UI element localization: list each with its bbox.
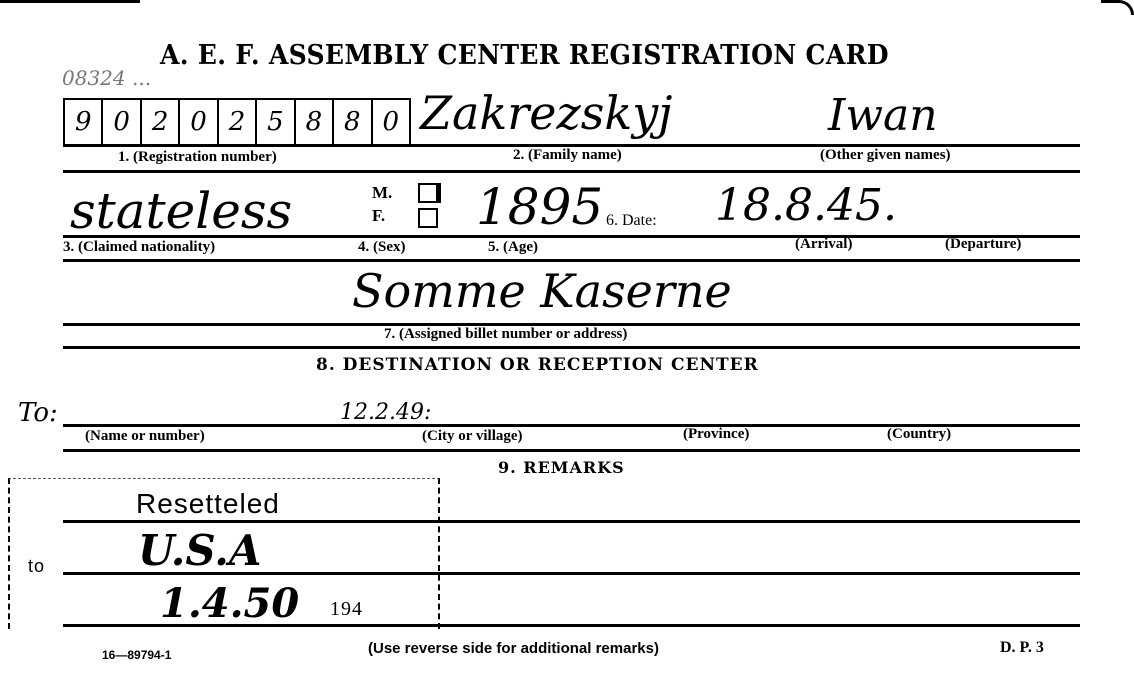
card-top-edge	[0, 0, 140, 3]
nationality-value: stateless	[70, 182, 292, 240]
reg-digit: 5	[257, 100, 295, 144]
footer-note: (Use reverse side for additional remarks…	[368, 640, 659, 657]
card-title: A. E. F. ASSEMBLY CENTER REGISTRATION CA…	[160, 40, 889, 71]
nationality-label: 3. (Claimed nationality)	[63, 239, 215, 256]
registration-number-label: 1. (Registration number)	[118, 149, 277, 166]
reg-digit: 0	[180, 100, 218, 144]
age-label: 5. (Age)	[488, 239, 538, 256]
name-or-number-label: (Name or number)	[85, 428, 205, 445]
billet-value: Somme Kaserne	[352, 264, 732, 318]
destination-bottom-rule	[63, 449, 1080, 452]
remarks-rule-2	[63, 572, 1080, 575]
stamp-date-value: 1.4.50	[160, 580, 299, 627]
handwritten-top-note: 08324 ...	[62, 66, 151, 90]
reg-digit: 0	[373, 100, 409, 144]
reg-digit: 8	[334, 100, 372, 144]
province-label: (Province)	[683, 426, 749, 443]
sex-option-f: F.	[372, 206, 385, 226]
stamp-to-prefix: to	[28, 556, 45, 577]
family-name-label: 2. (Family name)	[513, 147, 622, 164]
sex-label: 4. (Sex)	[358, 239, 406, 256]
reg-digit: 9	[65, 100, 103, 144]
sex-option-m: M.	[372, 183, 392, 203]
remarks-heading: 9. REMARKS	[498, 458, 625, 477]
destination-to-prefix: To:	[18, 398, 58, 428]
sex-m-checkbox[interactable]	[418, 183, 441, 203]
reg-digit: 2	[142, 100, 180, 144]
row1-bottom-rule	[63, 170, 1080, 173]
billet-bottom-rule	[63, 346, 1080, 349]
row2-rule	[63, 235, 1080, 238]
reg-digit: 8	[296, 100, 334, 144]
departure-label: (Departure)	[945, 236, 1021, 253]
given-names-label: (Other given names)	[820, 147, 951, 164]
given-names-value: Iwan	[828, 90, 938, 141]
form-number: 16—89794-1	[102, 648, 171, 662]
remarks-rule-1	[63, 520, 1080, 523]
sex-f-checkbox[interactable]	[418, 208, 438, 228]
billet-label: 7. (Assigned billet number or address)	[384, 326, 627, 343]
age-value: 1895	[476, 178, 603, 236]
card-corner	[1101, 0, 1134, 15]
form-code: D. P. 3	[1000, 639, 1044, 657]
registration-number-box: 9 0 2 0 2 5 8 8 0	[63, 98, 411, 146]
country-label: (Country)	[887, 426, 951, 443]
stamp-country-value: U.S.A	[138, 526, 261, 575]
stamp-resettled: Resetteled	[136, 488, 280, 520]
family-name-value: Zakrezskyj	[420, 86, 672, 140]
city-label: (City or village)	[422, 428, 523, 445]
remarks-rule-3	[63, 624, 1080, 627]
row2-bottom-rule	[63, 259, 1080, 262]
arrival-date-value: 18.8.45.	[715, 180, 897, 231]
arrival-label: (Arrival)	[795, 236, 852, 253]
reg-digit: 0	[103, 100, 141, 144]
destination-date-value: 12.2.49:	[340, 400, 431, 425]
date-label: 6. Date:	[606, 212, 657, 230]
reg-digit: 2	[219, 100, 257, 144]
stamp-year-prefix: 194	[330, 598, 363, 621]
destination-heading: 8. DESTINATION OR RECEPTION CENTER	[316, 355, 759, 375]
